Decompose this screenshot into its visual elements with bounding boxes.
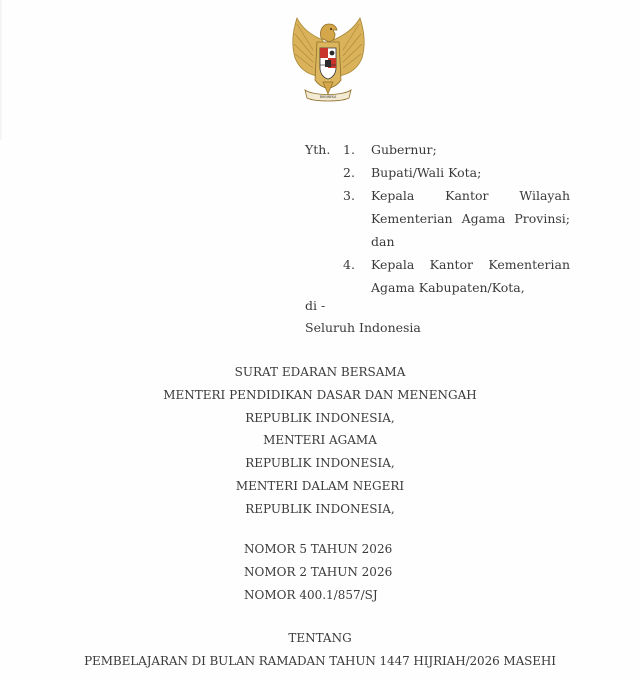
location-prefix: di - xyxy=(305,294,325,317)
location: Seluruh Indonesia xyxy=(305,316,421,339)
item-number: 3. xyxy=(343,184,371,207)
document-number: NOMOR 2 TAHUN 2026 xyxy=(244,561,392,584)
item-text: Gubernur; xyxy=(371,138,570,161)
document-number: NOMOR 400.1/857/SJ xyxy=(244,584,392,607)
document-numbers: NOMOR 5 TAHUN 2026 NOMOR 2 TAHUN 2026 NO… xyxy=(244,538,392,607)
addressee-block: Yth. 1. Gubernur; 2. Bupati/Wali Kota; 3… xyxy=(305,138,570,299)
addressee-item: 3. Kepala Kantor Wilayah Kementerian Aga… xyxy=(305,184,570,253)
addressee-item: 4. Kepala Kantor Kementerian Agama Kabup… xyxy=(305,253,570,299)
about-label: TENTANG xyxy=(0,627,640,650)
garuda-emblem-icon: BHINNEKA xyxy=(283,10,373,106)
addressee-item: Yth. 1. Gubernur; xyxy=(305,138,570,161)
title-line: MENTERI DALAM NEGERI xyxy=(0,475,640,498)
title-line: MENTERI AGAMA xyxy=(0,429,640,452)
salutation: Yth. xyxy=(305,138,343,161)
item-text: Bupati/Wali Kota; xyxy=(371,161,570,184)
document-title: SURAT EDARAN BERSAMA MENTERI PENDIDIKAN … xyxy=(0,361,640,521)
document-subject: PEMBELAJARAN DI BULAN RAMADAN TAHUN 1447… xyxy=(0,650,640,673)
page-edge-shadow xyxy=(0,0,3,140)
document-page: BHINNEKA Yth. 1. Gubernur; 2. Bupati/Wal… xyxy=(0,0,640,679)
title-line: REPUBLIK INDONESIA, xyxy=(0,452,640,475)
document-subject-block: TENTANG PEMBELAJARAN DI BULAN RAMADAN TA… xyxy=(0,627,640,673)
item-text: Kepala Kantor Kementerian Agama Kabupate… xyxy=(371,253,570,299)
item-number: 4. xyxy=(343,253,371,276)
addressee-item: 2. Bupati/Wali Kota; xyxy=(305,161,570,184)
item-number: 1. xyxy=(343,138,371,161)
title-line: MENTERI PENDIDIKAN DASAR DAN MENENGAH xyxy=(0,384,640,407)
document-number: NOMOR 5 TAHUN 2026 xyxy=(244,538,392,561)
svg-text:BHINNEKA: BHINNEKA xyxy=(320,95,337,99)
item-text: Kepala Kantor Wilayah Kementerian Agama … xyxy=(371,184,570,253)
item-number: 2. xyxy=(343,161,371,184)
title-line: REPUBLIK INDONESIA, xyxy=(0,498,640,521)
title-line: SURAT EDARAN BERSAMA xyxy=(0,361,640,384)
title-line: REPUBLIK INDONESIA, xyxy=(0,407,640,430)
